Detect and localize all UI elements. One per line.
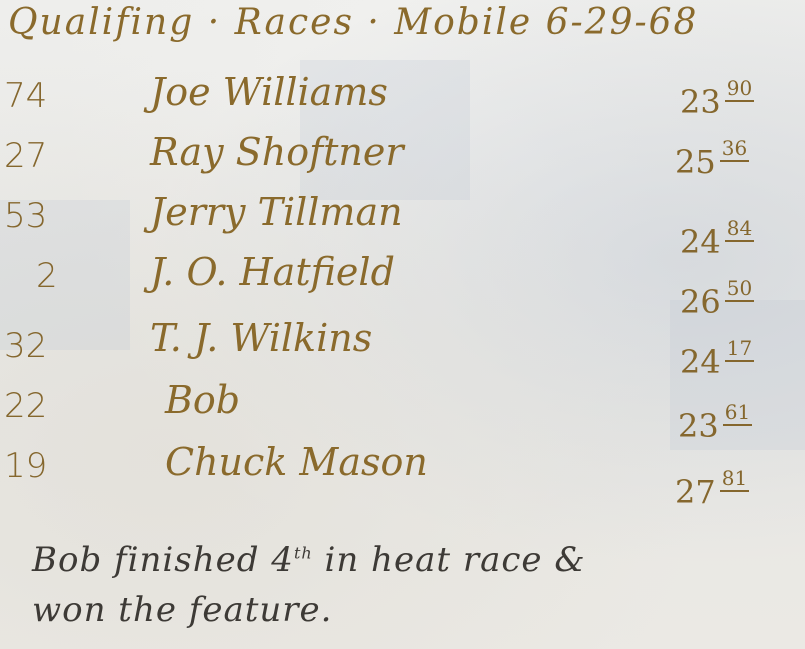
table-row: 22 Bob 2361 <box>0 386 805 446</box>
time-seconds: 26 <box>680 283 721 321</box>
car-number: 74 <box>4 76 47 116</box>
time-hundredths: 81 <box>720 466 749 492</box>
driver-name: Ray Shoftner <box>150 130 404 174</box>
pencil-note-line-1: Bob finished 4th in heat race & <box>32 540 586 580</box>
car-number: 2 <box>36 256 58 296</box>
driver-name: Joe Williams <box>150 70 388 114</box>
qualifying-time: 2650 <box>680 276 754 321</box>
time-seconds: 25 <box>675 143 716 181</box>
qualifying-time: 2390 <box>680 76 754 121</box>
note-text: Bob finished 4 <box>32 540 294 580</box>
time-seconds: 23 <box>680 83 721 121</box>
table-row: 53 Jerry Tillman 2484 <box>0 196 805 256</box>
table-row: 74 Joe Williams 2390 <box>0 76 805 136</box>
driver-name: Jerry Tillman <box>150 190 403 234</box>
car-number: 27 <box>4 136 47 176</box>
table-row: 2 J. O. Hatfield 2650 <box>0 256 805 316</box>
driver-name: T. J. Wilkins <box>150 316 372 360</box>
page-title: Qualifing · Races · Mobile 6-29-68 <box>8 2 698 43</box>
ordinal-suffix: th <box>294 544 313 563</box>
car-number: 19 <box>4 446 47 486</box>
time-hundredths: 50 <box>725 276 754 302</box>
time-hundredths: 61 <box>723 400 752 426</box>
qualifying-time: 2781 <box>675 466 749 511</box>
time-seconds: 27 <box>675 473 716 511</box>
qualifying-time: 2361 <box>678 400 752 445</box>
time-seconds: 23 <box>678 407 719 445</box>
time-hundredths: 84 <box>725 216 754 242</box>
qualifying-time: 2536 <box>675 136 749 181</box>
car-number: 53 <box>4 196 47 236</box>
pencil-note-line-2: won the feature. <box>32 590 332 630</box>
qualifying-time: 2484 <box>680 216 754 261</box>
car-number: 22 <box>4 386 47 426</box>
time-hundredths: 90 <box>725 76 754 102</box>
car-number: 32 <box>4 326 47 366</box>
table-row: 27 Ray Shoftner 2536 <box>0 136 805 196</box>
driver-name: Bob <box>165 378 240 422</box>
table-row: 32 T. J. Wilkins 2417 <box>0 326 805 386</box>
time-seconds: 24 <box>680 343 721 381</box>
note-text: in heat race & <box>313 540 586 580</box>
time-hundredths: 17 <box>725 336 754 362</box>
driver-name: Chuck Mason <box>165 440 428 484</box>
time-hundredths: 36 <box>720 136 749 162</box>
table-row: 19 Chuck Mason 2781 <box>0 446 805 506</box>
handwritten-note-page: Qualifing · Races · Mobile 6-29-68 74 Jo… <box>0 0 805 649</box>
qualifying-time: 2417 <box>680 336 754 381</box>
driver-name: J. O. Hatfield <box>150 250 395 294</box>
